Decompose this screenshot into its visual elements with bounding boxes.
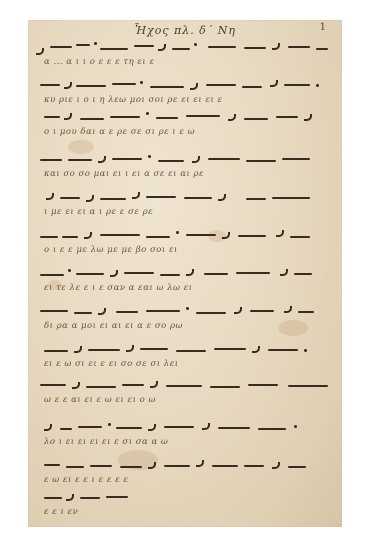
manuscript-line: α ... α ι ι ο ε ε ε τη ει ε	[40, 40, 330, 74]
page-heading: Ἦχος πλ. δ΄ Νη	[28, 24, 342, 37]
neume-row	[40, 190, 330, 206]
manuscript-line: ε ω ει ε ε ι ε ε ε ε	[40, 458, 330, 492]
lyric-text: δι ρα α μοι ει αι ει α ε σο ρω	[44, 321, 330, 331]
lyric-text: ε ε ι εν	[44, 507, 330, 517]
manuscript-page: Ἦχος πλ. δ΄ Νη 1 α ... α ι ι ο ε ε ε τη …	[28, 20, 342, 527]
neume-row	[40, 110, 330, 126]
neume-row	[40, 378, 330, 394]
neume-row	[40, 228, 330, 244]
manuscript-line: ω ε ε αι ει ε ω ει ει ο ω	[40, 378, 330, 412]
manuscript-line: και σο σο μαι ει ι ει α σε ει αι ρε	[40, 152, 330, 186]
lyric-text: ει ε ω σι ει ε ει σο σε σι λει	[44, 359, 330, 369]
neume-row	[40, 342, 330, 358]
neume-row	[40, 266, 330, 282]
manuscript-line: δι ρα α μοι ει αι ει α ε σο ρω	[40, 304, 330, 338]
manuscript-line: ει τε λε ε ι ε σαν α εαι ω λω ει	[40, 266, 330, 300]
lyric-text: ι με ει ει α ι ρε ε σε ρε	[44, 207, 330, 217]
manuscript-line: ε ε ι εν	[40, 490, 330, 524]
lyric-text: ει τε λε ε ι ε σαν α εαι ω λω ει	[44, 283, 330, 293]
lyric-text: κυ ριε ι ο ι η λεω μοι σοι ρε ει ει ει ε	[44, 95, 330, 105]
neume-row	[40, 152, 330, 168]
lyric-text: ε ω ει ε ε ι ε ε ε ε	[44, 475, 330, 485]
manuscript-line: κυ ριε ι ο ι η λεω μοι σοι ρε ει ει ει ε	[40, 78, 330, 112]
neume-row	[40, 420, 330, 436]
manuscript-line: ει ε ω σι ει ε ει σο σε σι λει	[40, 342, 330, 376]
neume-row	[40, 304, 330, 320]
neume-row	[40, 490, 330, 506]
lyric-text: α ... α ι ι ο ε ε ε τη ει ε	[44, 57, 330, 67]
manuscript-line: ι με ει ει α ι ρε ε σε ρε	[40, 190, 330, 224]
neume-row	[40, 78, 330, 94]
manuscript-line: λο ι ει ει ει ει ε σι σα α ω	[40, 420, 330, 454]
lyric-text: ο ι μου δαι α ε ρε σε σι ρε ι ε ω	[44, 127, 330, 137]
page-number: 1	[320, 22, 326, 33]
lyric-text: ω ε ε αι ει ε ω ει ει ο ω	[44, 395, 330, 405]
manuscript-line: ο ι ε ε με λω με με βο σοι ει	[40, 228, 330, 262]
lyric-text: ο ι ε ε με λω με με βο σοι ει	[44, 245, 330, 255]
neume-row	[40, 458, 330, 474]
lyric-text: και σο σο μαι ει ι ει α σε ει αι ρε	[44, 169, 330, 179]
lyric-text: λο ι ει ει ει ει ε σι σα α ω	[44, 437, 330, 447]
manuscript-line: ο ι μου δαι α ε ρε σε σι ρε ι ε ω	[40, 110, 330, 144]
neume-row	[40, 40, 330, 56]
